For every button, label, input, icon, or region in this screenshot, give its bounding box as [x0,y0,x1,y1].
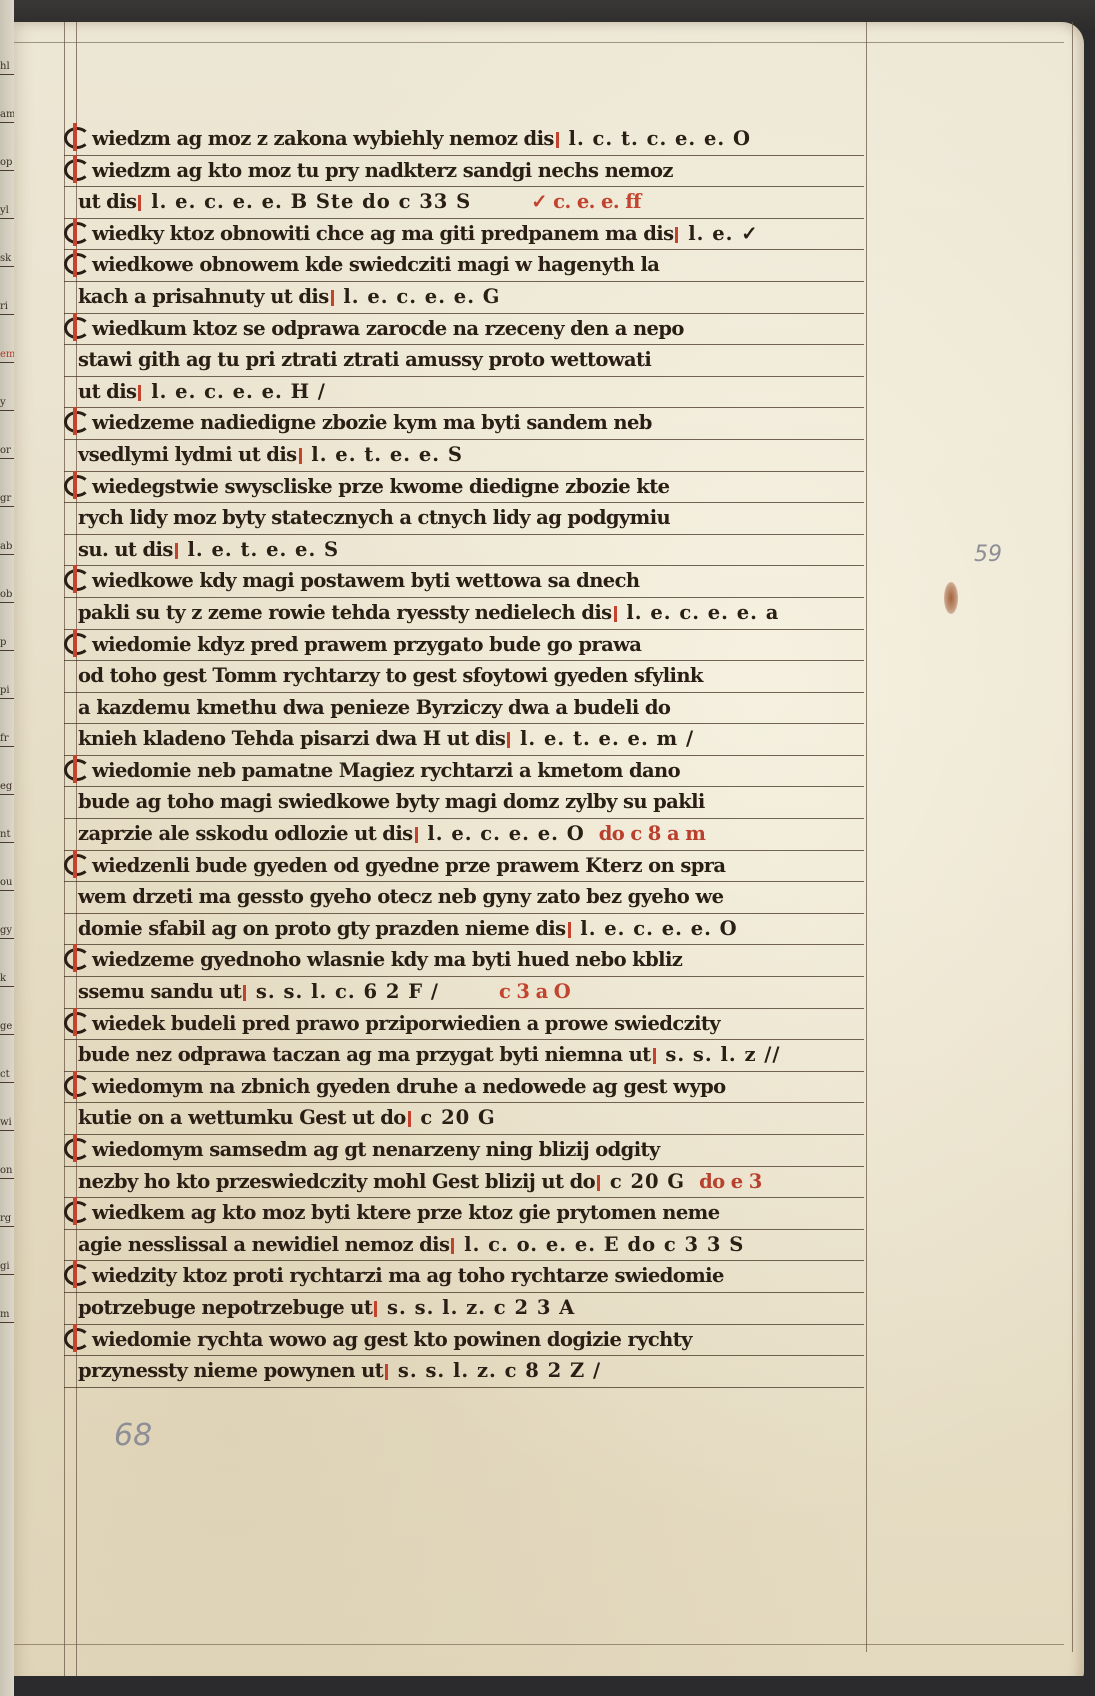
red-tick-mark [408,1111,411,1127]
red-tick-mark [138,195,141,211]
citation-reference: l. e. c. e. e. O [573,917,738,940]
line-text: stawi gith ag tu pri ztrati ztrati amuss… [78,348,651,371]
manuscript-text-block: wiedzm ag moz z zakona wybiehly nemoz di… [64,124,864,1388]
cross-reference-note: c 3 a O [499,980,570,1003]
line-text: wiedzity ktoz proti rychtarzi ma ag toho… [92,1264,724,1287]
red-stroke-mark [73,123,77,151]
ink-stain [944,582,958,614]
citation-reference: s. s. l. z // [658,1043,781,1066]
red-stroke-mark [73,407,77,435]
red-tick-mark [556,132,559,148]
initial-bowl [64,159,90,181]
entry-first-line: wiedzenli bude gyeden od gyedne prze pra… [64,851,864,883]
line-text: ut dis [78,190,136,213]
rubric-red-note: do e 3 [699,1170,762,1193]
initial-bowl [64,127,90,149]
rubricated-initial-s [64,1262,90,1286]
line-text: wiedomie rychta wowo ag gest kto powinen… [92,1328,692,1351]
line-text: ut dis [78,380,136,403]
entry-continuation-line: ut dis l. e. c. e. e. H / [64,377,864,409]
line-text: bude ag toho magi swiedkowe byty magi do… [78,790,705,813]
line-text: wiedkem ag kto moz byti ktere prze ktoz … [92,1201,720,1224]
lower-margin-pencil-number: 68 [114,1418,152,1453]
folio-number-pencil: 59 [974,542,1002,567]
entry-continuation-line: rych lidy moz byty statecznych a ctnych … [64,503,864,535]
line-text: wiedkowe obnowem kde swiedcziti magi w h… [92,253,659,276]
initial-bowl [64,1264,90,1286]
line-text: wiedegstwie swyscliske prze kwome diedig… [92,475,669,498]
entry-continuation-line: pakli su ty z zeme rowie tehda ryessty n… [64,598,864,630]
line-text: wiedomym samsedm ag gt nenarzeny ning bl… [92,1138,660,1161]
entry-continuation-line: a kazdemu kmethu dwa penieze Byrziczy dw… [64,693,864,725]
entry-first-line: wiedomym samsedm ag gt nenarzeny ning bl… [64,1135,864,1167]
line-text: wiedomym na zbnich gyeden druhe a nedowe… [92,1075,726,1098]
red-tick-mark [175,543,178,559]
citation-reference: s. s. l. z. c 8 2 Z / [390,1359,601,1382]
red-stroke-mark [73,1324,77,1352]
rubricated-initial-s [64,251,90,275]
manuscript-leaf: 59 68 wiedzm ag moz z zakona wybiehly ne… [14,22,1084,1686]
entry-continuation-line: vsedlymi lydmi ut dis l. e. t. e. e. S [64,440,864,472]
entry-first-line: wiedkowe obnowem kde swiedcziti magi w h… [64,250,864,282]
red-stroke-mark [73,1071,77,1099]
citation-reference: l. e. ✓ [680,222,758,245]
initial-bowl [64,1075,90,1097]
citation-reference: l. e. t. e. e. m / [512,727,694,750]
red-tick-mark [653,1048,656,1064]
entry-first-line: wiedkum ktoz se odprawa zarocde na rzece… [64,314,864,346]
initial-bowl [64,253,90,275]
red-stroke-mark [73,249,77,277]
initial-bowl [64,759,90,781]
line-text: ssemu sandu ut [78,980,241,1003]
line-text: domie sfabil ag on proto gty prazden nie… [78,917,566,940]
entry-first-line: wiedomie rychta wowo ag gest kto powinen… [64,1325,864,1357]
initial-bowl [64,411,90,433]
line-text: wiedzeme gyednoho wlasnie kdy ma byti hu… [92,948,682,971]
entry-continuation-line: od toho gest Tomm rychtarzy to gest sfoy… [64,661,864,693]
rubricated-initial-s [64,473,90,497]
red-stroke-mark [73,1260,77,1288]
line-text: agie nesslissal a newidiel nemoz dis [78,1233,449,1256]
citation-reference: c 20 G [602,1170,685,1193]
line-text: nezby ho kto przeswiedczity mohl Gest bl… [78,1170,595,1193]
citation-reference: c 20 G [413,1106,496,1129]
line-text: kutie on a wettumku Gest ut do [78,1106,406,1129]
entry-continuation-line: su. ut dis l. e. t. e. e. S [64,535,864,567]
red-tick-mark [507,732,510,748]
red-tick-mark [597,1175,600,1191]
citation-reference: l. e. c. e. e. H / [143,380,326,403]
initial-bowl [64,317,90,339]
entry-first-line: wiedkowe kdy magi postawem byti wettowa … [64,566,864,598]
line-text: od toho gest Tomm rychtarzy to gest sfoy… [78,664,703,687]
red-stroke-mark [73,850,77,878]
entry-continuation-line: bude nez odprawa taczan ag ma przygat by… [64,1040,864,1072]
red-tick-mark [415,827,418,843]
line-text: pakli su ty z zeme rowie tehda ryessty n… [78,601,612,624]
citation-reference: l. e. t. e. e. S [304,443,463,466]
line-text: wiedek budeli pred prawo prziporwiedien … [92,1012,720,1035]
entry-first-line: wiedzeme nadiedigne zbozie kym ma byti s… [64,408,864,440]
entry-continuation-line: przynessty nieme powynen ut s. s. l. z. … [64,1356,864,1388]
citation-reference: l. e. t. e. e. S [180,538,339,561]
entry-first-line: wiedomym na zbnich gyeden druhe a nedowe… [64,1072,864,1104]
line-text: knieh kladeno Tehda pisarzi dwa H ut dis [78,727,505,750]
entry-continuation-line: ssemu sandu ut s. s. l. c. 6 2 F /c 3 a … [64,977,864,1009]
red-stroke-mark [73,944,77,972]
red-stroke-mark [73,565,77,593]
red-stroke-mark [73,471,77,499]
citation-reference: l. e. c. e. e. G [336,285,501,308]
initial-bowl [64,569,90,591]
rubricated-initial-s [64,1136,90,1160]
red-stroke-mark [73,155,77,183]
initial-bowl [64,222,90,244]
cross-reference-note: ✓ c. e. e. ff [531,190,641,213]
line-text: wiedky ktoz obnowiti chce ag ma giti pre… [92,222,673,245]
citation-reference: l. e. c. e. e. a [619,601,780,624]
rubricated-initial-s [64,1326,90,1350]
initial-bowl [64,633,90,655]
initial-bowl [64,475,90,497]
citation-reference: s. s. l. z. c 2 3 A [379,1296,575,1319]
entry-first-line: wiedzity ktoz proti rychtarzi ma ag toho… [64,1261,864,1293]
ruling-top [14,42,1064,43]
scan-backdrop-bottom [14,1676,1084,1696]
entry-continuation-line: domie sfabil ag on proto gty prazden nie… [64,914,864,946]
initial-bowl [64,1201,90,1223]
rubricated-initial-s [64,409,90,433]
ruling-bottom [14,1644,1064,1645]
entry-continuation-line: agie nesslissal a newidiel nemoz dis l. … [64,1230,864,1262]
red-stroke-mark [73,313,77,341]
red-tick-mark [385,1364,388,1380]
entry-continuation-line: ut dis l. e. c. e. e. B Ste do c 33 S✓ c… [64,187,864,219]
citation-reference: l. c. t. c. e. e. O [561,127,751,150]
line-text: kach a prisahnuty ut dis [78,285,329,308]
rubric-red-note: do c 8 a m [599,822,706,845]
entry-first-line: wiedzeme gyednoho wlasnie kdy ma byti hu… [64,945,864,977]
rubricated-initial-s [64,1010,90,1034]
red-stroke-mark [73,1197,77,1225]
red-tick-mark [138,385,141,401]
line-text: wem drzeti ma gessto gyeho otecz neb gyn… [78,885,723,908]
red-stroke-mark [73,1134,77,1162]
entry-continuation-line: stawi gith ag tu pri ztrati ztrati amuss… [64,345,864,377]
red-tick-mark [299,448,302,464]
red-tick-mark [568,922,571,938]
initial-bowl [64,1138,90,1160]
line-text: wiedomie neb pamatne Magiez rychtarzi a … [92,759,680,782]
citation-reference: l. e. c. e. e. B Ste do c 33 S [143,190,471,213]
entry-first-line: wiedomie kdyz pred prawem przygato bude … [64,630,864,662]
rubricated-initial-s [64,946,90,970]
entry-continuation-line: potrzebuge nepotrzebuge ut s. s. l. z. c… [64,1293,864,1325]
entry-continuation-line: knieh kladeno Tehda pisarzi dwa H ut dis… [64,724,864,756]
rubricated-initial-s [64,852,90,876]
entry-continuation-line: kutie on a wettumku Gest ut do c 20 G [64,1103,864,1135]
rubricated-initial-s [64,220,90,244]
red-stroke-mark [73,755,77,783]
red-tick-mark [331,290,334,306]
line-text: wiedzenli bude gyeden od gyedne prze pra… [92,854,725,877]
initial-bowl [64,854,90,876]
entry-first-line: wiedegstwie swyscliske prze kwome diedig… [64,472,864,504]
rubricated-initial-s [64,1073,90,1097]
red-tick-mark [614,606,617,622]
initial-bowl [64,1328,90,1350]
line-text: wiedzm ag moz z zakona wybiehly nemoz di… [92,127,554,150]
entry-first-line: wiedzm ag kto moz tu pry nadkterz sandgi… [64,156,864,188]
red-tick-mark [374,1301,377,1317]
line-text: zaprzie ale sskodu odlozie ut dis [78,822,413,845]
line-text: wiedzm ag kto moz tu pry nadkterz sandgi… [92,159,673,182]
red-tick-mark [675,227,678,243]
rubricated-initial-s [64,315,90,339]
red-tick-mark [243,985,246,1001]
line-text: a kazdemu kmethu dwa penieze Byrziczy dw… [78,696,670,719]
initial-bowl [64,1012,90,1034]
entry-continuation-line: bude ag toho magi swiedkowe byty magi do… [64,787,864,819]
rubricated-initial-s [64,631,90,655]
line-text: potrzebuge nepotrzebuge ut [78,1296,372,1319]
entry-continuation-line: kach a prisahnuty ut dis l. e. c. e. e. … [64,282,864,314]
red-tick-mark [451,1238,454,1254]
rubricated-initial-s [64,157,90,181]
entry-continuation-line: nezby ho kto przeswiedczity mohl Gest bl… [64,1167,864,1199]
entry-continuation-line: zaprzie ale sskodu odlozie ut dis l. e. … [64,819,864,851]
line-text: wiedkowe kdy magi postawem byti wettowa … [92,569,639,592]
rubricated-initial-s [64,1199,90,1223]
line-text: bude nez odprawa taczan ag ma przygat by… [78,1043,651,1066]
red-stroke-mark [73,218,77,246]
line-text: wiedzeme nadiedigne zbozie kym ma byti s… [92,411,652,434]
ruling-right-text [866,22,867,1652]
line-text: wiedomie kdyz pred prawem przygato bude … [92,633,641,656]
entry-continuation-line: wem drzeti ma gessto gyeho otecz neb gyn… [64,882,864,914]
line-text: rych lidy moz byty statecznych a ctnych … [78,506,670,529]
entry-first-line: wiedzm ag moz z zakona wybiehly nemoz di… [64,124,864,156]
red-stroke-mark [73,629,77,657]
red-stroke-mark [73,1008,77,1036]
rubricated-initial-s [64,757,90,781]
citation-reference: l. e. c. e. e. O [420,822,585,845]
entry-first-line: wiedomie neb pamatne Magiez rychtarzi a … [64,756,864,788]
line-text: przynessty nieme powynen ut [78,1359,383,1382]
entry-first-line: wiedek budeli pred prawo prziporwiedien … [64,1009,864,1041]
initial-bowl [64,948,90,970]
rubricated-initial-s [64,125,90,149]
line-text: vsedlymi lydmi ut dis [78,443,297,466]
citation-reference: s. s. l. c. 6 2 F / [248,980,439,1003]
entry-first-line: wiedky ktoz obnowiti chce ag ma giti pre… [64,219,864,251]
citation-reference: l. c. o. e. e. E do c 3 3 S [456,1233,744,1256]
entry-first-line: wiedkem ag kto moz byti ktere prze ktoz … [64,1198,864,1230]
line-text: su. ut dis [78,538,173,561]
ruling-right-outer [1072,22,1073,1652]
line-text: wiedkum ktoz se odprawa zarocde na rzece… [92,317,684,340]
rubricated-initial-s [64,567,90,591]
